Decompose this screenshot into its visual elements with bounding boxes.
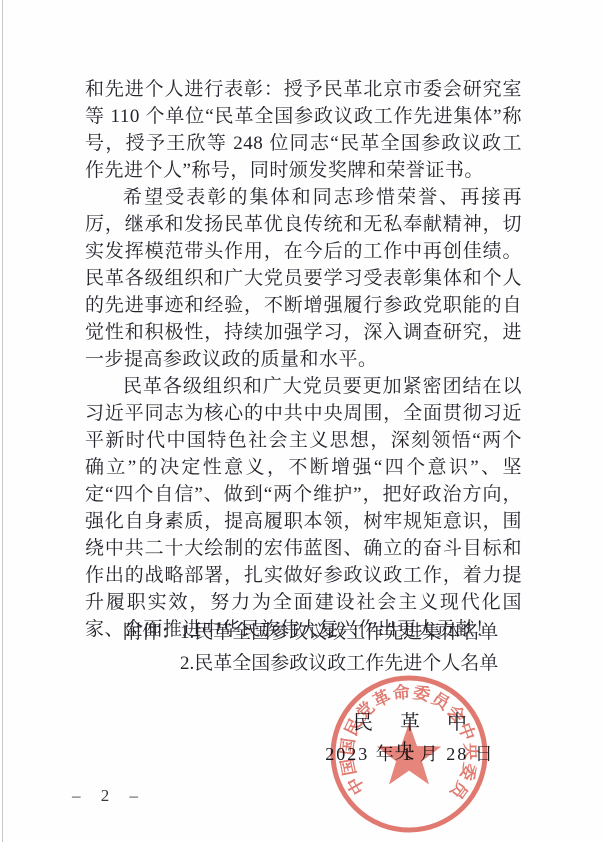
paragraph-unity: 民革各级组织和广大党员要更加紧密团结在以习近平同志为核心的中共中央周围，全面贯彻… (85, 373, 522, 643)
attachments-label: 附件： (123, 617, 180, 648)
attachment-item: 1.民革全国参政议政工作先进集体名单 (180, 617, 498, 648)
attachment-item: 2.民革全国参政议政工作先进个人名单 (180, 648, 498, 679)
document-page: 和先进个人进行表彰：授予民革北京市委会研究室等 110 个单位“民革全国参政议政… (0, 0, 603, 842)
page-number: – 2 – (72, 786, 146, 806)
attachments-block: 附件： 1.民革全国参政议政工作先进集体名单 2.民革全国参政议政工作先进个人名… (123, 617, 498, 679)
paragraph-hope: 希望受表彰的集体和同志珍惜荣誉、再接再厉，继承和发扬民革优良传统和无私奉献精神，… (85, 184, 522, 373)
paragraph-continuation: 和先进个人进行表彰：授予民革北京市委会研究室等 110 个单位“民革全国参政议政… (85, 76, 522, 184)
attachments-list: 1.民革全国参政议政工作先进集体名单 2.民革全国参政议政工作先进个人名单 (180, 617, 498, 679)
signature-date: 2023 年 1 月 28 日 (300, 740, 520, 766)
scan-edge-line (2, 0, 3, 842)
body-text: 和先进个人进行表彰：授予民革北京市委会研究室等 110 个单位“民革全国参政议政… (85, 76, 522, 643)
